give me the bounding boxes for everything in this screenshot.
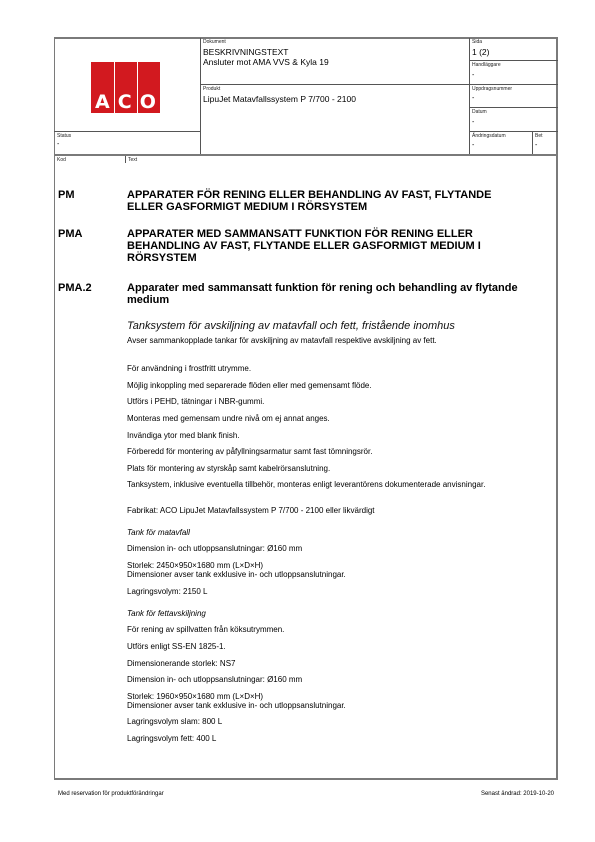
- section-title-pm: APPARATER FÖR RENING ELLER BEHANDLING AV…: [127, 189, 527, 213]
- tank2-line: Lagringsvolym slam: 800 L: [127, 717, 527, 727]
- divider: [200, 38, 201, 155]
- sida-label: Sida: [472, 39, 482, 45]
- tank2-line: Dimension in- och utloppsanslutningar: Ø…: [127, 675, 527, 685]
- footer-last-modified: Senast ändrad: 2019-10-20: [481, 790, 554, 798]
- tank2-line: Lagringsvolym fett: 400 L: [127, 734, 527, 744]
- divider: [469, 38, 470, 155]
- paragraph: Tanksystem, inklusive eventuella tillbeh…: [127, 480, 527, 490]
- divider: [469, 131, 558, 132]
- tank1-line: Lagringsvolym: 2150 L: [127, 587, 527, 597]
- tank1-line: Dimension in- och utloppsanslutningar: Ø…: [127, 544, 527, 554]
- section-code-pma2: PMA.2: [58, 282, 92, 294]
- paragraph: Invändiga ytor med blank finish.: [127, 431, 527, 441]
- uppdragsnummer-label: Uppdragsnummer: [472, 86, 512, 92]
- tank2-line: För rening av spillvatten från köksutrym…: [127, 625, 527, 635]
- tank2-line: Dimensioner avser tank exklusive in- och…: [127, 701, 527, 711]
- column-header-text: Text: [128, 157, 137, 163]
- dokument-label: Dokument: [203, 39, 226, 45]
- handlaggare-label: Handläggare: [472, 62, 501, 68]
- paragraph: Utförs i PEHD, tätningar i NBR-gummi.: [127, 397, 527, 407]
- column-header-kod: Kod: [57, 157, 66, 163]
- section-code-pm: PM: [58, 189, 75, 201]
- section-title-pma2: Apparater med sammansatt funktion för re…: [127, 282, 527, 306]
- tank2-line: Dimensionerande storlek: NS7: [127, 659, 527, 669]
- paragraph: Monteras med gemensam undre nivå om ej a…: [127, 414, 527, 424]
- tank2-line: Utförs enligt SS-EN 1825-1.: [127, 642, 527, 652]
- divider: [54, 154, 558, 156]
- divider: [200, 84, 469, 85]
- sida-value: 1 (2): [472, 47, 489, 57]
- status-value: -: [57, 141, 59, 149]
- datum-label: Datum: [472, 109, 487, 115]
- divider: [125, 156, 126, 163]
- section-code-pma: PMA: [58, 228, 82, 240]
- status-label: Status: [57, 133, 71, 139]
- footer-disclaimer: Med reservation för produktförändringar: [58, 790, 164, 798]
- paragraph: Förberedd för montering av påfyllningsar…: [127, 447, 527, 457]
- divider: [469, 60, 558, 61]
- handlaggare-value: -: [472, 72, 474, 80]
- paragraph: Fabrikat: ACO LipuJet Matavfallssystem P…: [127, 506, 527, 516]
- section-title-pma: APPARATER MED SAMMANSATT FUNKTION FÖR RE…: [127, 228, 527, 264]
- divider: [54, 131, 200, 132]
- andringsdatum-value: -: [472, 142, 474, 150]
- uppdragsnummer-value: -: [472, 95, 474, 103]
- produkt-label: Produkt: [203, 86, 220, 92]
- aco-logo: A C O: [91, 62, 160, 113]
- dokument-line2: Ansluter mot AMA VVS & Kyla 19: [203, 57, 329, 67]
- paragraph: Plats för montering av styrskåp samt kab…: [127, 464, 527, 474]
- divider: [532, 131, 533, 155]
- divider: [469, 107, 558, 108]
- tank2-title: Tank för fettavskiljning: [127, 609, 206, 619]
- datum-value: -: [472, 119, 474, 127]
- subtitle: Tanksystem för avskiljning av matavfall …: [127, 320, 455, 332]
- dokument-line1: BESKRIVNINGSTEXT: [203, 47, 289, 57]
- page-frame: [54, 37, 558, 780]
- divider: [469, 84, 558, 85]
- logo-letter: C: [118, 92, 132, 112]
- bet-label: Bet: [535, 133, 543, 139]
- logo-letter: A: [95, 92, 110, 112]
- paragraph: För användning i frostfritt utrymme.: [127, 364, 527, 374]
- logo-letter: O: [140, 92, 156, 112]
- andringsdatum-label: Ändringsdatum: [472, 133, 506, 139]
- bet-value: -: [535, 142, 537, 150]
- produkt-value: LipuJet Matavfallssystem P 7/700 - 2100: [203, 94, 356, 104]
- paragraph: Avser sammankopplade tankar för avskiljn…: [127, 336, 527, 346]
- tank1-title: Tank för matavfall: [127, 528, 190, 538]
- paragraph: Möjlig inkoppling med separerade flöden …: [127, 381, 527, 391]
- tank1-line: Dimensioner avser tank exklusive in- och…: [127, 570, 527, 580]
